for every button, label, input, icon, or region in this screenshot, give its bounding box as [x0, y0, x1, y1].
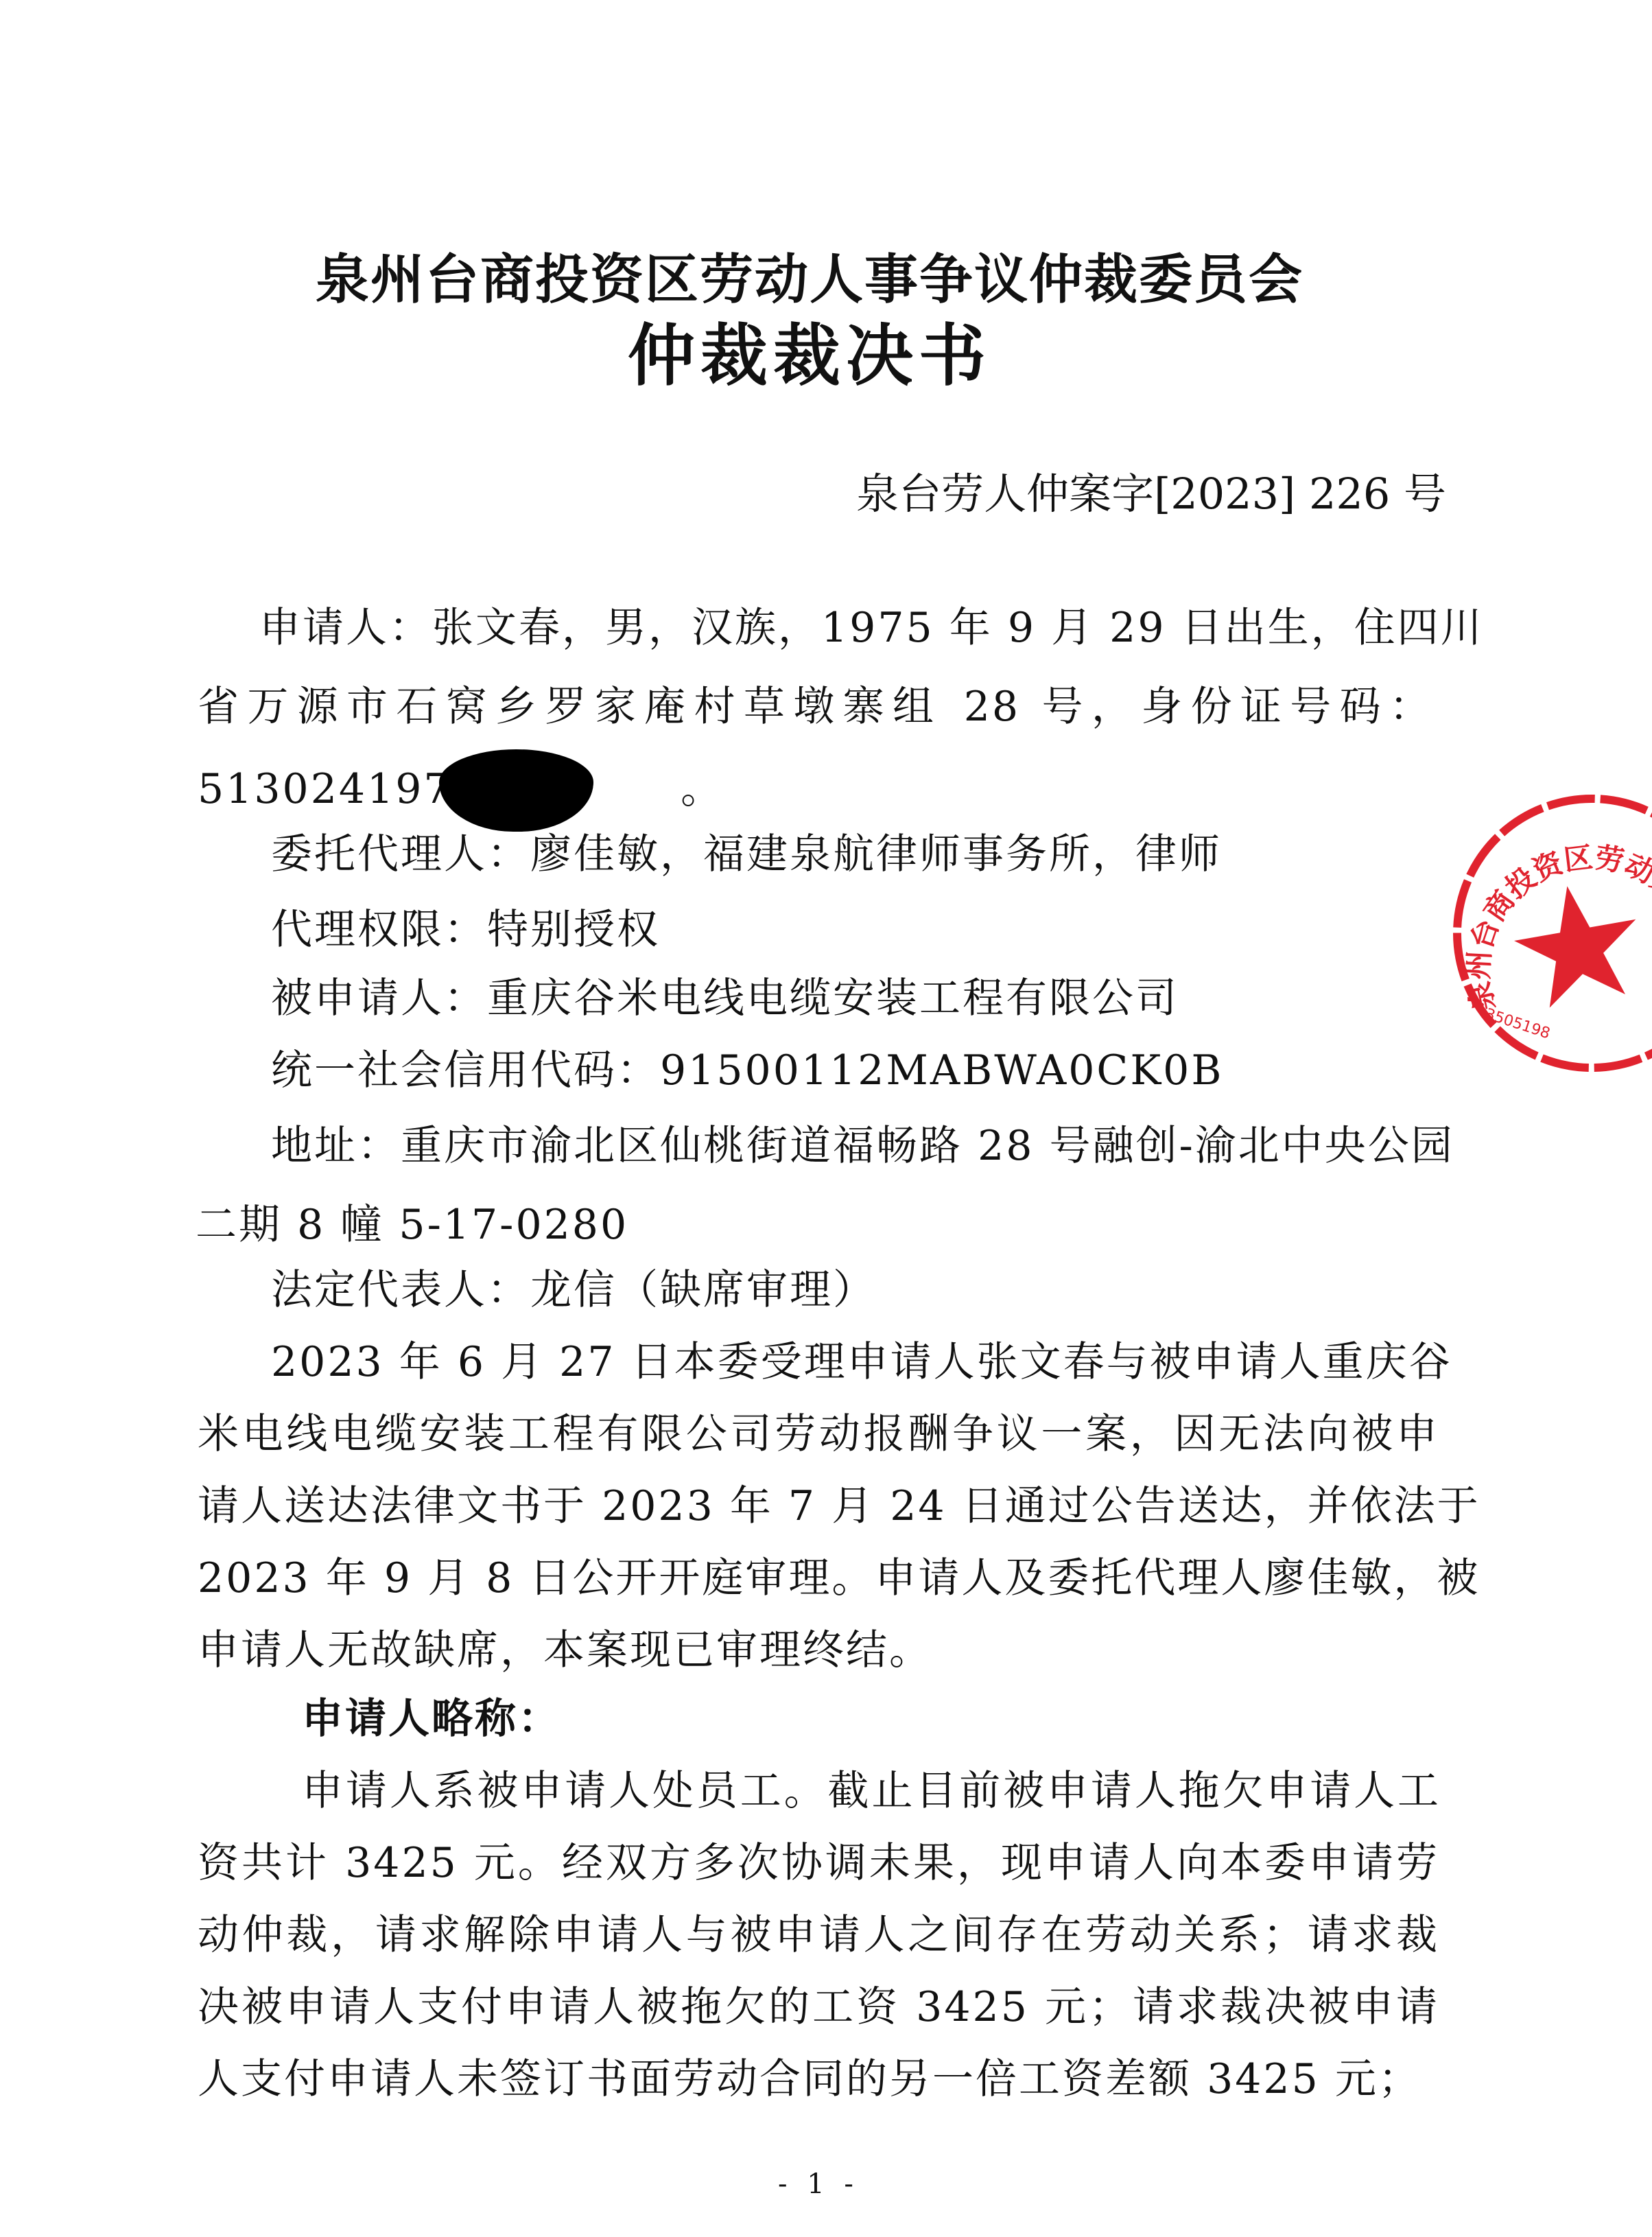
- procedure-line-2: 米电线电缆安装工程有限公司劳动报酬争议一案，因无法向被申: [198, 1414, 1439, 1455]
- official-seal-icon: 泉州台商投资区劳动人事争议仲裁委员会 3505198: [1448, 789, 1652, 1077]
- redaction-mark: [439, 749, 593, 832]
- address-line-2: 二期 8 幢 5-17-0280: [196, 1204, 628, 1245]
- claims-line-1: 申请人系被申请人处员工。截止目前被申请人拖欠申请人工: [302, 1770, 1441, 1812]
- respondent-line: 被申请人：重庆谷米电线电缆安装工程有限公司: [271, 978, 1179, 1019]
- procedure-line-1: 2023 年 6 月 27 日本委受理申请人张文春与被申请人重庆谷: [271, 1342, 1437, 1383]
- credit-code-line: 统一社会信用代码：91500112MABWA0CK0B: [271, 1050, 1223, 1091]
- claims-line-5: 人支付申请人未签订书面劳动合同的另一倍工资差额 3425 元；: [198, 2059, 1412, 2100]
- legal-representative-line: 法定代表人：龙信（缺席审理）: [271, 1269, 876, 1311]
- address-line-1: 地址：重庆市渝北区仙桃街道福畅路 28 号融创-渝北中央公园: [271, 1125, 1437, 1167]
- claims-line-4: 决被申请人支付申请人被拖欠的工资 3425 元；请求裁决被申请: [198, 1987, 1439, 2028]
- procedure-line-5: 申请人无故缺席，本案现已审理终结。: [198, 1630, 932, 1671]
- svg-text:泉州台商投资区劳动人事争议仲裁委员会: 泉州台商投资区劳动人事争议仲裁委员会: [1448, 789, 1652, 1020]
- agent-line: 委托代理人：廖佳敏，福建泉航律师事务所，律师: [271, 834, 1222, 875]
- procedure-line-3: 请人送达法律文书于 2023 年 7 月 24 日通过公告送达，并依法于: [198, 1486, 1439, 1527]
- applicant-line-1: 申请人：张文春，男，汉族，1975 年 9 月 29 日出生，住四川: [259, 607, 1439, 648]
- claims-line-3: 动仲裁，请求解除申请人与被申请人之间存在劳动关系；请求裁: [198, 1914, 1439, 1956]
- document-title: 仲裁裁决书: [206, 302, 1413, 399]
- claims-line-2: 资共计 3425 元。经双方多次协调未果，现申请人向本委申请劳: [198, 1842, 1439, 1884]
- applicant-id-suffix: 。: [681, 765, 724, 813]
- claims-heading: 申请人略称：: [302, 1698, 561, 1740]
- agent-authority-line: 代理权限：特别授权: [271, 909, 660, 950]
- seal-text: 泉州台商投资区劳动人事争议仲裁委员会: [1448, 789, 1652, 1020]
- applicant-line-2: 省万源市石窝乡罗家庵村草墩寨组 28 号，身份证号码：: [198, 686, 1432, 727]
- seal-serial: 3505198: [1483, 1005, 1553, 1042]
- procedure-line-4: 2023 年 9 月 8 日公开开庭审理。申请人及委托代理人廖佳敏，被: [198, 1558, 1439, 1599]
- case-number: 泉台劳人仲案字[2023] 226 号: [856, 460, 1446, 521]
- document-page: 泉州台商投资区劳动人事争议仲裁委员会 仲裁裁决书 泉台劳人仲案字[2023] 2…: [0, 0, 1652, 2237]
- page-number: - 1 -: [778, 2168, 859, 2200]
